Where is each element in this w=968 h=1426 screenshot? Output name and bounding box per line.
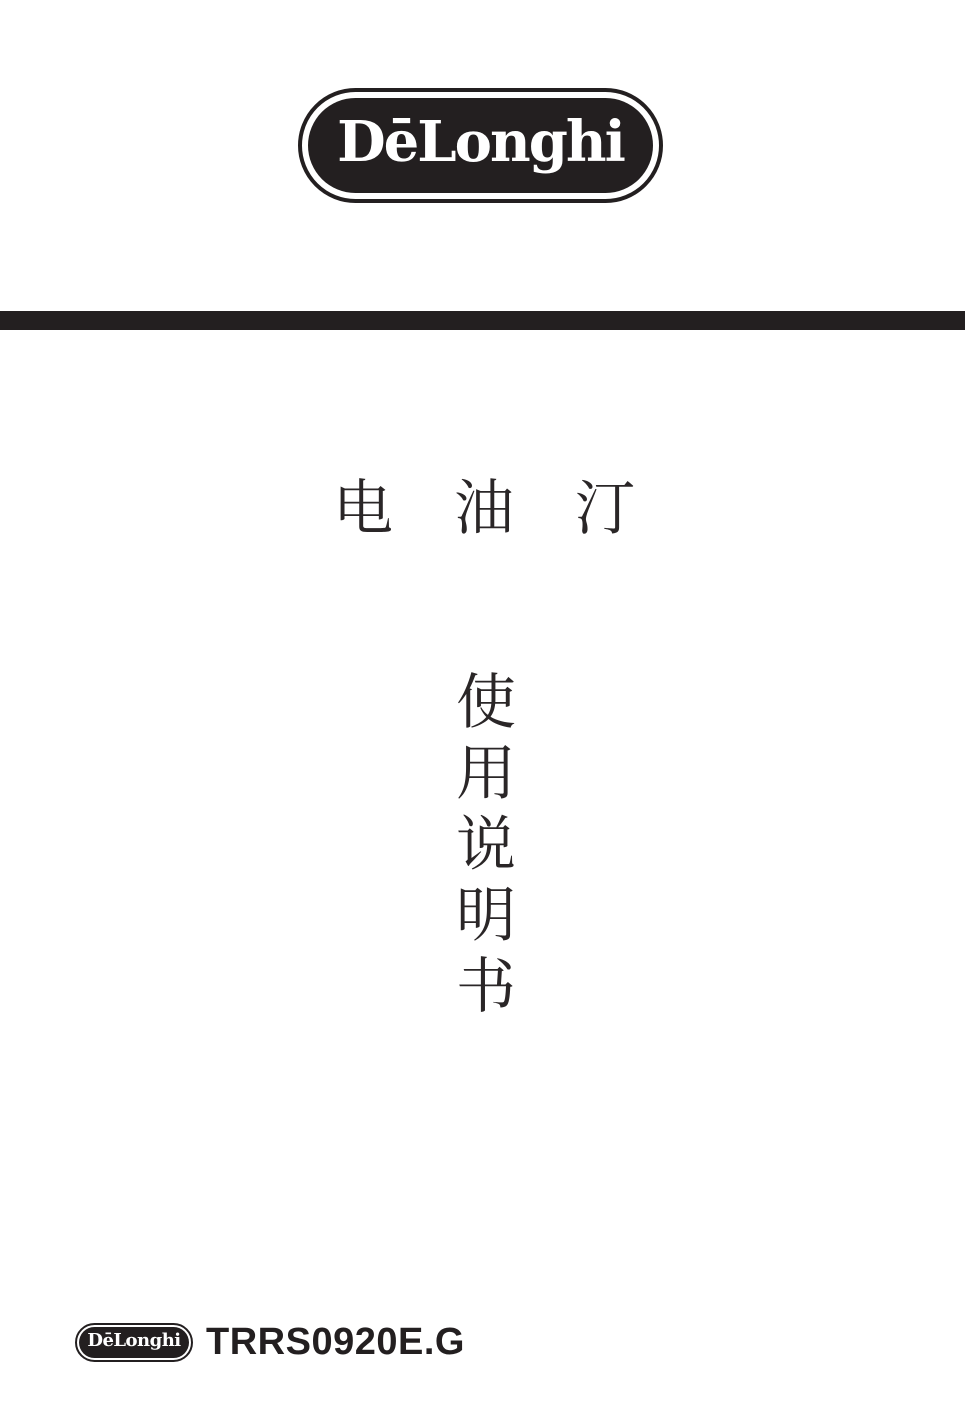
divider-bar — [0, 311, 965, 330]
delonghi-logo-stadium-small: DēLonghi — [79, 1327, 189, 1358]
manual-subtitle-vertical: 使用说明书 — [451, 670, 511, 1025]
delonghi-logo-badge-small: DēLonghi — [75, 1323, 193, 1362]
manual-cover-page: DēLonghi 电 油 汀 使用说明书 DēLonghi TRRS0920E.… — [0, 0, 968, 1426]
product-title: 电 油 汀 — [0, 479, 968, 539]
model-number: TRRS0920E.G — [206, 1323, 465, 1362]
product-title-char: 汀 — [575, 479, 635, 539]
delonghi-wordmark: DēLonghi — [337, 114, 624, 178]
product-title-char: 电 — [333, 479, 393, 539]
footer-row: DēLonghi TRRS0920E.G — [75, 1323, 465, 1362]
delonghi-logo-stadium: DēLonghi — [308, 98, 653, 193]
delonghi-logo-badge: DēLonghi — [298, 88, 663, 203]
product-title-char: 油 — [454, 479, 514, 539]
delonghi-wordmark-small: DēLonghi — [87, 1332, 180, 1353]
